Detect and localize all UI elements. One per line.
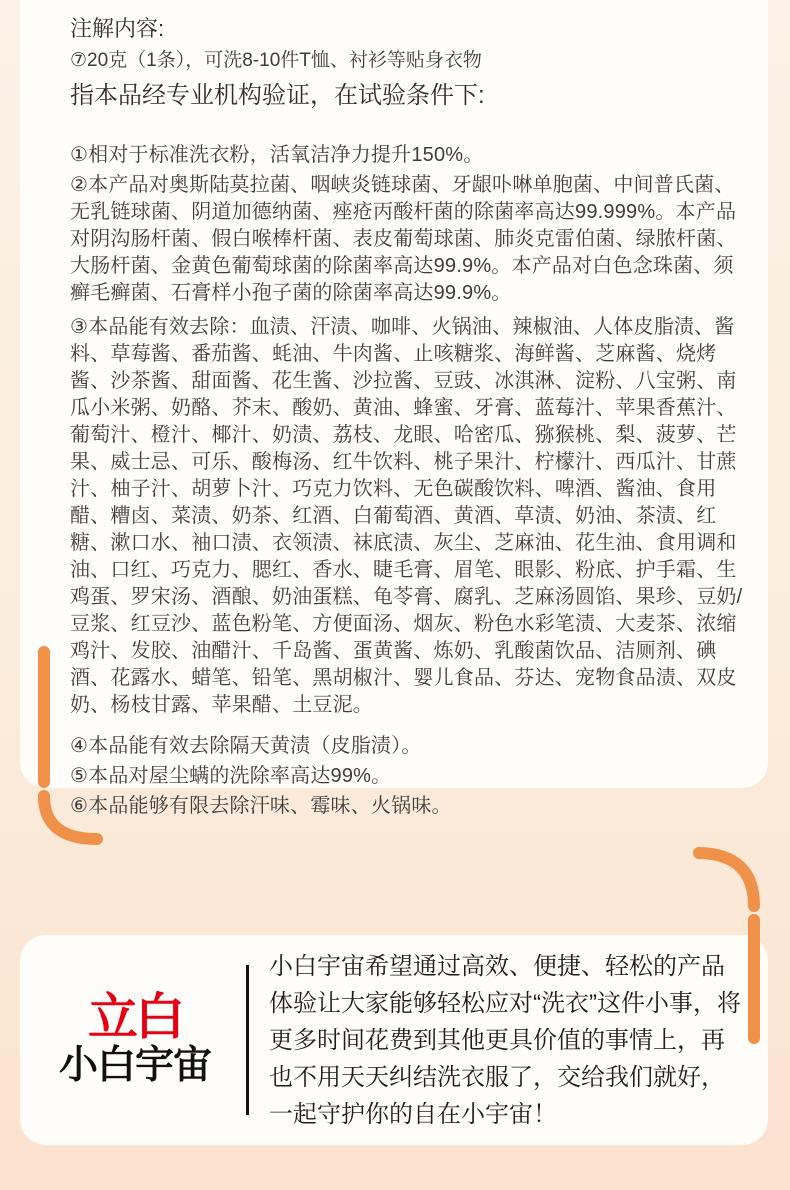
annotation-item-1: ①相对于标准洗衣粉，活氧洁净力提升150%。 (70, 142, 744, 169)
annotation-card: 注解内容: ⑦20克（1条），可洗8-10件T恤、衬衫等贴身衣物 指本品经专业机… (20, 0, 768, 788)
annotation-item-3: ③本品能有效去除：血渍、汗渍、咖啡、火锅油、辣椒油、人体皮脂渍、酱料、草莓酱、番… (70, 314, 744, 719)
brand-description: 小白宇宙希望通过高效、便捷、轻松的产品体验让大家能够轻松应对“洗衣”这件小事，将… (269, 948, 744, 1133)
annotation-item-6: ⑥本品能够有限去除汗味、霉味、火锅味。 (70, 791, 744, 821)
annotation-item-5: ⑤本品对屋尘螨的洗除率高达99%。 (70, 761, 744, 791)
brand-card: 立白 小白宇宙 小白宇宙希望通过高效、便捷、轻松的产品体验让大家能够轻松应对“洗… (20, 935, 768, 1145)
xiaobai-universe-logo-text: 小白宇宙 (54, 1044, 216, 1088)
annotation-item-2: ②本产品对奥斯陆莫拉菌、咽峡炎链球菌、牙龈卟啉单胞菌、中间普氏菌、无乳链球菌、阴… (70, 172, 744, 307)
annotation-title: 注解内容: (70, 14, 744, 44)
libai-logo-text: 立白 (54, 992, 216, 1042)
annotation-intro: 指本品经专业机构验证，在试验条件下: (70, 80, 744, 112)
product-detail-page: 注解内容: ⑦20克（1条），可洗8-10件T恤、衬衫等贴身衣物 指本品经专业机… (0, 0, 790, 1190)
annotation-item-4: ④本品能有效去除隔天黄渍（皮脂渍）。 (70, 731, 744, 761)
annotation-line-7: ⑦20克（1条），可洗8-10件T恤、衬衫等贴身衣物 (70, 47, 744, 74)
libai-logo: 立白 小白宇宙 (54, 992, 216, 1088)
vertical-divider (246, 965, 249, 1115)
